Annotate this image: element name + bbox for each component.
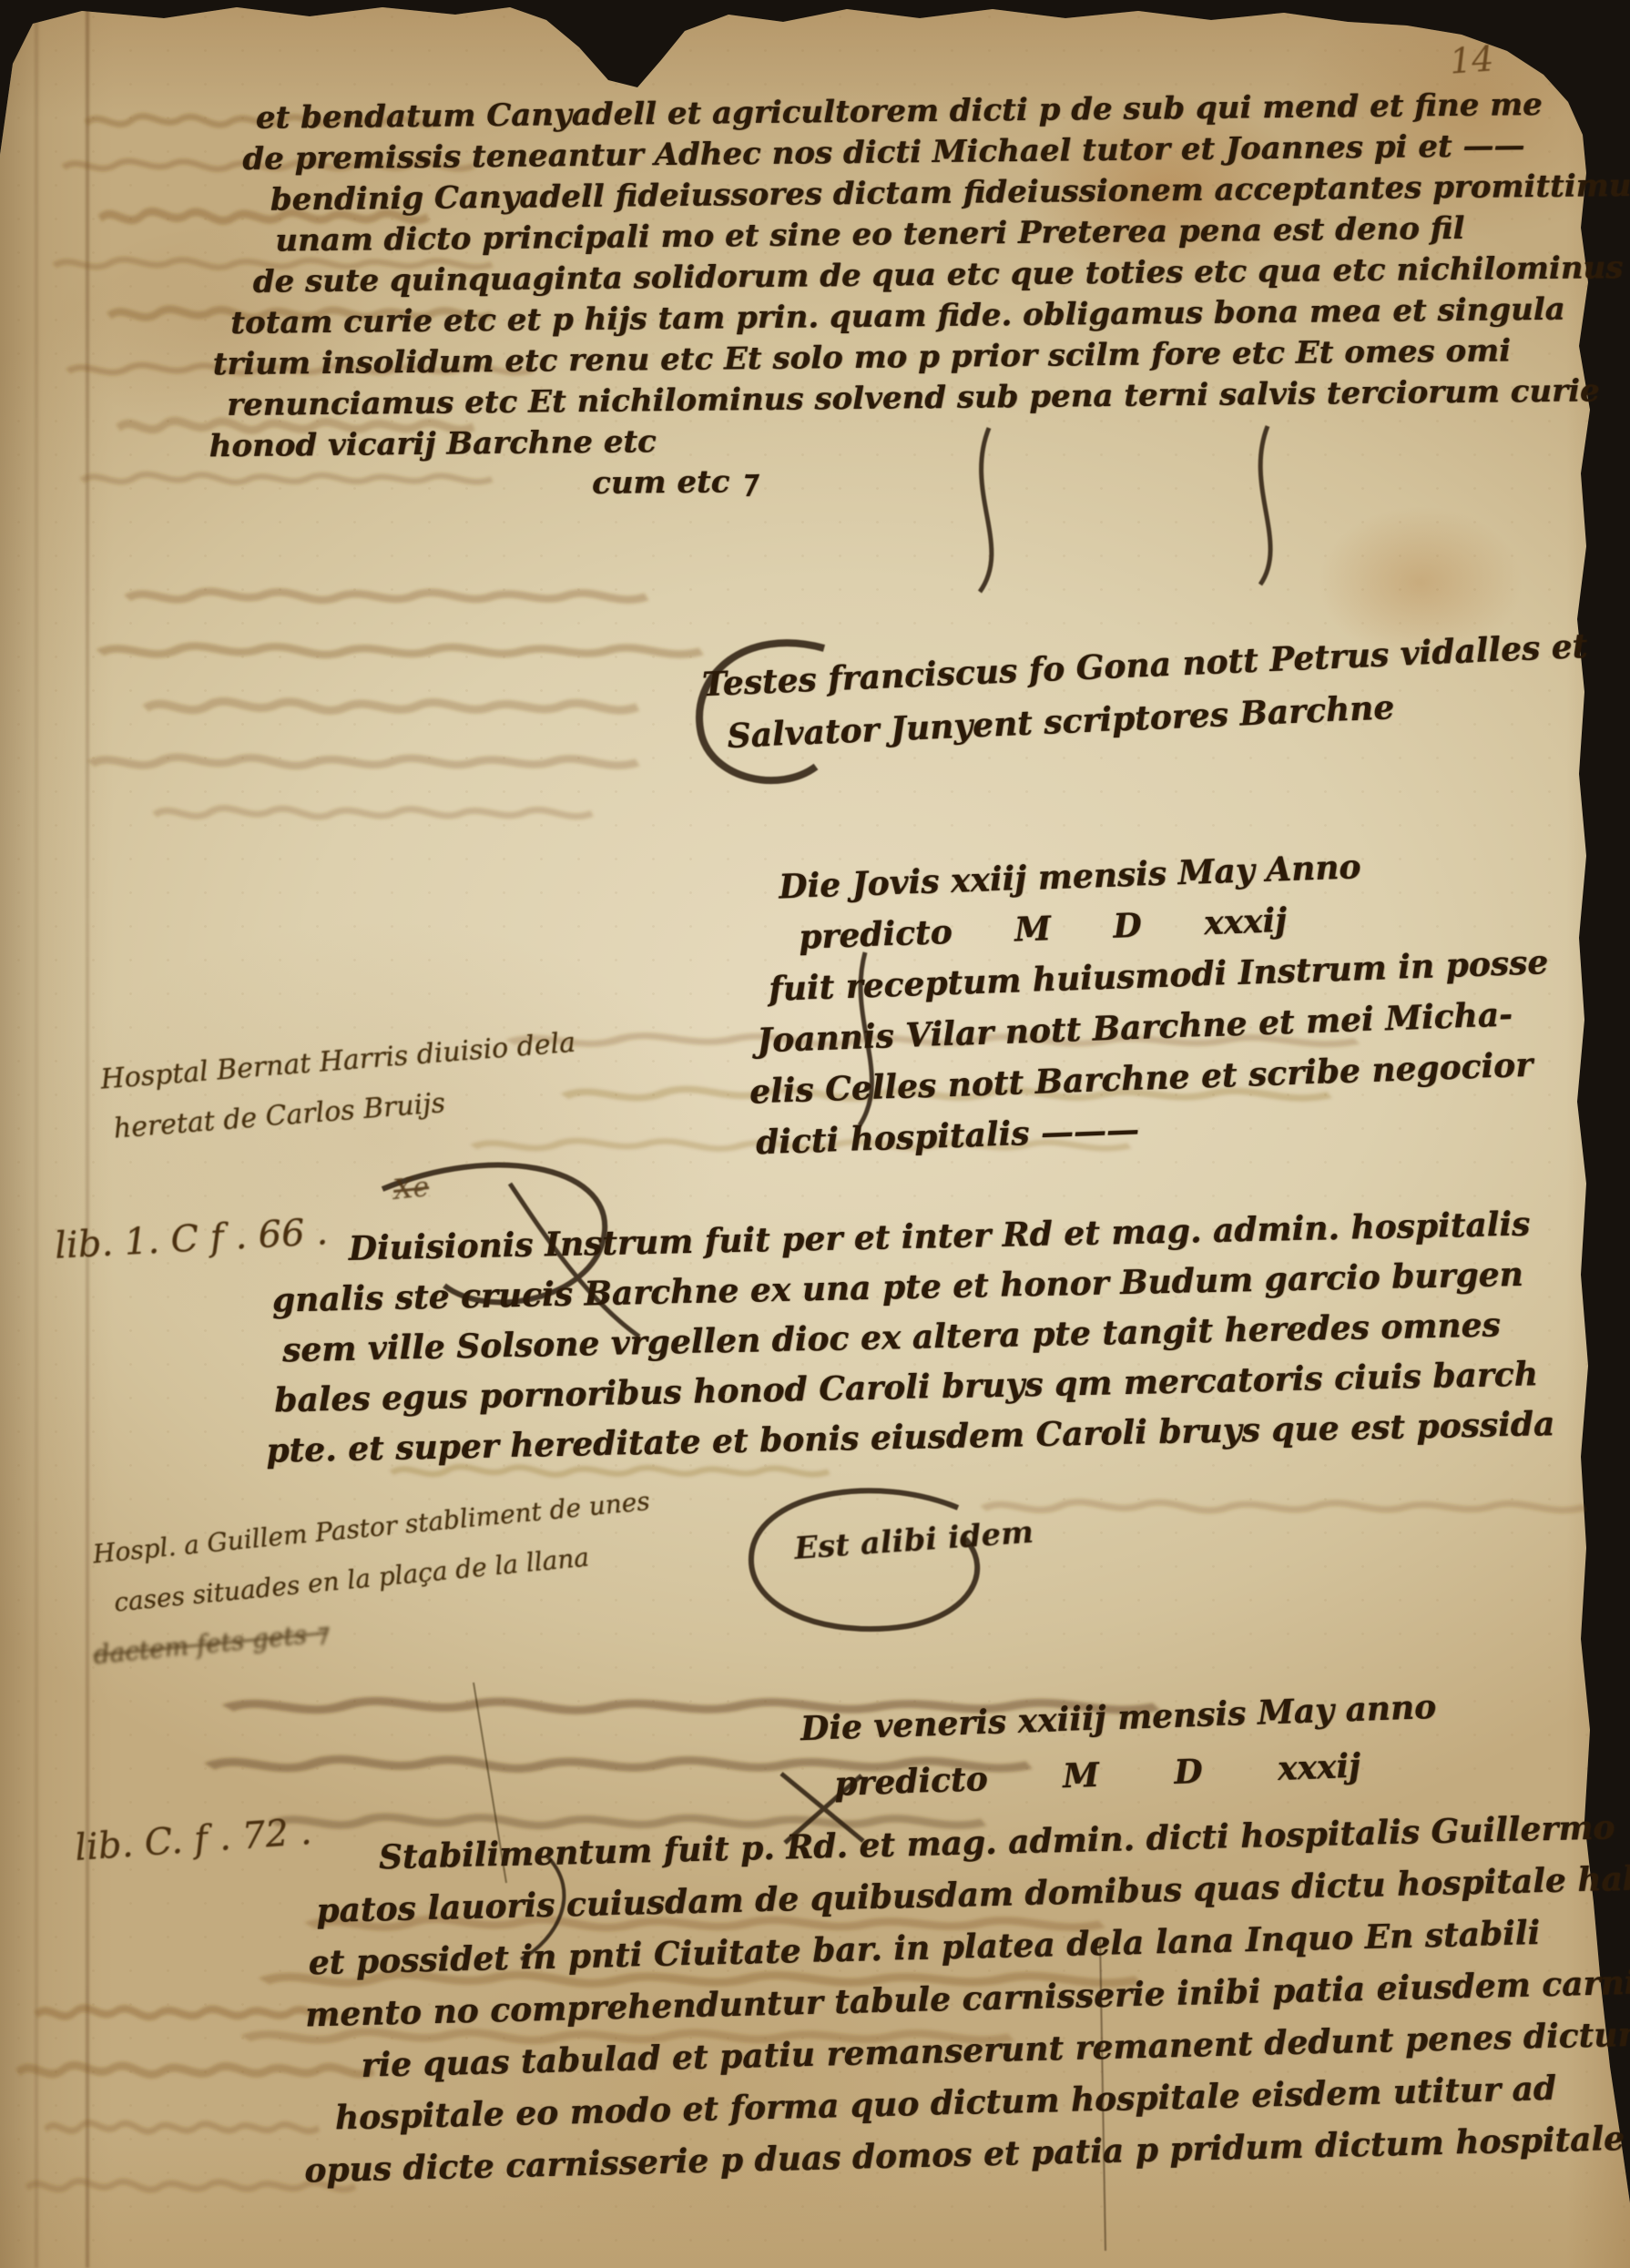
main-paragraph-1: et bendatum Canyadell et agricultorem di… [206,84,1630,509]
gutter-crease [86,0,89,2268]
registration-note-2: Die veneris xxiiij mensis May anno predi… [800,1679,1439,1814]
registration-note-1: Die Jovis xxiij mensis May Anno predicto… [764,835,1554,1168]
main-paragraph-3: Stabilimentum fuit p. Rd. et mag. admin.… [296,1800,1630,2197]
crossed-out-mark: Xe [392,1171,431,1206]
gutter-crease-2 [35,0,38,2268]
main-paragraph-2: Diuisionis Instrum fuit per et inter Rd … [261,1199,1555,1477]
folio-number: 14 [1449,38,1495,81]
manuscript-photo: 14 et bendatum Canyadell et agricultorem… [0,0,1630,2268]
